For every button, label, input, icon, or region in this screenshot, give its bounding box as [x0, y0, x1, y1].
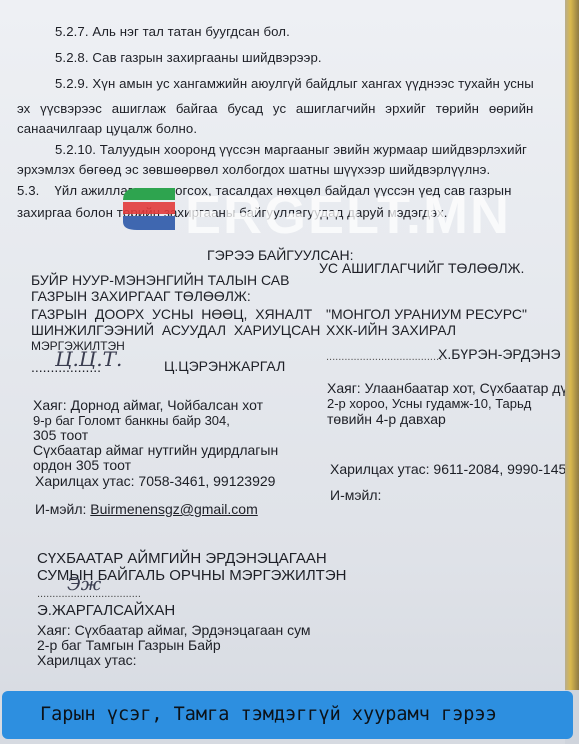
clause-5-2-7: 5.2.7. Аль нэг тал татан буугдсан бол.	[55, 24, 290, 39]
third-address-2: 2-р баг Тамгын Газрын Байр	[37, 637, 221, 653]
left-signer-name: Ц.ЦЭРЭНЖАРГАЛ	[164, 358, 285, 374]
right-org-line2: ХХК-ИЙН ЗАХИРАЛ	[326, 322, 456, 338]
left-signature-line: .................. Ц.Ц.Т.	[31, 359, 101, 375]
handwritten-signature: Эж	[67, 577, 101, 593]
clause-5-2-9: 5.2.9. Хүн амын ус хангамжийн аюулгүй ба…	[55, 76, 534, 91]
left-email-row: И-мэйл: Buirmenensgz@gmail.com	[35, 501, 258, 517]
right-address-3: төвийн 4-р давхар	[327, 411, 446, 427]
third-address-1: Хаяг: Сүхбаатар аймаг, Эрдэнэцагаан сум	[37, 622, 311, 638]
clause-5-2-9-cont2: санаачилгаар цуцалж болно.	[17, 121, 197, 136]
left-address-1: Хаяг: Дорнод аймаг, Чойбалсан хот	[33, 397, 263, 413]
right-heading: УС АШИГЛАГЧИЙГ ТӨЛӨӨЛЖ.	[319, 260, 524, 276]
email-label: И-мэйл:	[35, 501, 90, 517]
clause-5-2-8: 5.2.8. Сав газрын захиргааны шийдвэрээр.	[55, 50, 322, 65]
right-email-label: И-мэйл:	[330, 487, 381, 503]
left-address-3: 305 тоот	[33, 427, 88, 443]
right-address-2: 2-р хороо, Усны гудамж-10, Тарьд	[327, 396, 531, 412]
third-signature-line: .................................. Эж	[37, 586, 141, 602]
handwritten-signature: Ц.Ц.Т.	[55, 351, 122, 367]
clause-5-3: 5.3. Үйл ажиллагаа нь зогсох, тасалдах н…	[17, 183, 512, 198]
right-address-1: Хаяг: Улаанбаатар хот, Сүхбаатар дүүрэ	[327, 380, 579, 396]
clause-5-2-9-cont1: эх үүсвэрээс ашиглаж байгаа бусад ус аши…	[17, 101, 533, 116]
clause-5-2-10-cont: эрхэмлэх бөгөөд эс зөвшөөрвөл холбогдох …	[17, 162, 490, 177]
third-phone: Харилцах утас:	[37, 652, 137, 668]
right-phone: Харилцах утас: 9611-2084, 9990-1459	[330, 461, 574, 477]
third-signer-name: Э.ЖАРГАЛСАЙХАН	[37, 603, 175, 619]
caption-banner: Гарын үсэг, Тамга тэмдэггүй хуурамч гэрэ…	[2, 691, 573, 739]
clause-5-2-10: 5.2.10. Талуудын хооронд үүссэн маргааны…	[55, 142, 527, 157]
clause-5-3-cont: захиргаа болон төрийн захиргааны байгуул…	[17, 205, 447, 220]
left-role-line2: ШИНЖИЛГЭЭНИЙ АСУУДАЛ ХАРИУЦСАН	[31, 322, 320, 338]
left-address-5: ордон 305 тоот	[33, 457, 131, 473]
right-signer-name: Х.БҮРЭН-ЭРДЭНЭ	[438, 346, 561, 362]
document-photo: 5.2.7. Аль нэг тал татан буугдсан бол. 5…	[0, 0, 565, 744]
right-org-line1: "МОНГОЛ УРАНИУМ РЕСУРС"	[326, 306, 527, 322]
left-address-4: Сүхбаатар аймаг нутгийн удирдлагын	[33, 442, 278, 458]
left-org-line1: БУЙР НУУР-МЭНЭНГИЙН ТАЛЫН САВ	[31, 272, 289, 288]
left-role-line1: ГАЗРЫН ДООРХ УСНЫ НӨӨЦ, ХЯНАЛТ	[31, 306, 312, 322]
third-org-line1: СҮХБААТАР АЙМГИЙН ЭРДЭНЭЦАГААН	[37, 551, 327, 567]
caption-text: Гарын үсэг, Тамга тэмдэггүй хуурамч гэрэ…	[40, 704, 497, 725]
right-signature-dots: ......................................	[326, 349, 442, 365]
left-phone: Харилцах утас: 7058-3461, 99123929	[35, 473, 275, 489]
email-address: Buirmenensgz@gmail.com	[90, 501, 258, 517]
left-org-line2: ГАЗРЫН ЗАХИРГААГ ТӨЛӨӨЛЖ:	[31, 288, 251, 304]
background-edge	[565, 0, 579, 690]
